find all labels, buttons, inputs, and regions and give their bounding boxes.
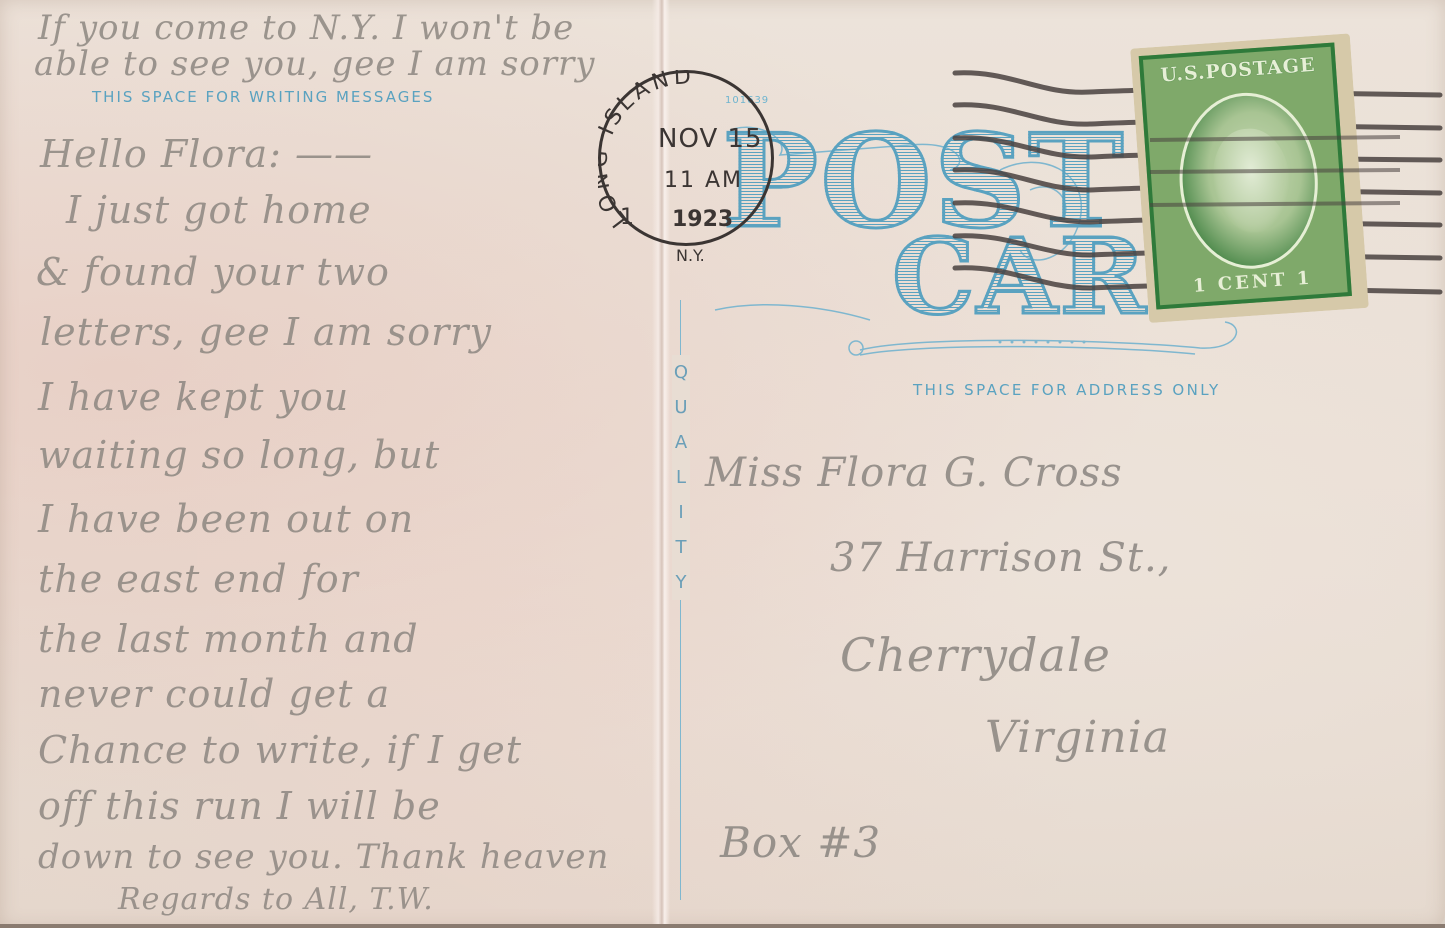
message-line: able to see you, gee I am sorry	[34, 44, 595, 84]
message-line: I just got home	[66, 188, 372, 232]
message-line: Hello Flora: ——	[40, 132, 373, 176]
quality-letter: A	[672, 425, 690, 460]
message-signature: Regards to All, T.W.	[118, 882, 434, 917]
postcard-back: THIS SPACE FOR WRITING MESSAGES 101639 P…	[0, 0, 1445, 928]
postmark-year: 1923	[672, 207, 733, 232]
message-line: I have been out on	[38, 497, 414, 541]
quality-letter: T	[672, 530, 690, 565]
address-line: Miss Flora G. Cross	[705, 450, 1123, 496]
postmark-station: 1	[620, 205, 634, 230]
message-line: off this run I will be	[38, 784, 441, 828]
quality-letter: L	[672, 460, 690, 495]
message-line: If you come to N.Y. I won't be	[38, 8, 574, 48]
message-line: waiting so long, but	[38, 433, 440, 477]
address-line: Cherrydale	[840, 628, 1111, 682]
message-line: letters, gee I am sorry	[40, 310, 492, 354]
card-edge	[0, 924, 1445, 928]
postmark-date: NOV 15	[658, 124, 763, 154]
message-line: down to see you. Thank heaven	[38, 837, 609, 877]
message-line: I have kept you	[38, 375, 349, 419]
message-line: & found your two	[36, 250, 390, 294]
address-line: 37 Harrison St.,	[830, 535, 1171, 581]
quality-letter: I	[672, 495, 690, 530]
address-line: Virginia	[985, 712, 1170, 763]
message-line: the last month and	[38, 617, 419, 661]
address-box: Box #3	[720, 818, 881, 867]
postmark-state: N.Y.	[676, 246, 705, 265]
quality-letter: Y	[672, 565, 690, 600]
message-line: the east end for	[38, 557, 359, 601]
message-line: Chance to write, if I get	[38, 728, 522, 772]
postmark-time: 11 AM	[664, 168, 743, 193]
message-line: never could get a	[38, 672, 390, 716]
